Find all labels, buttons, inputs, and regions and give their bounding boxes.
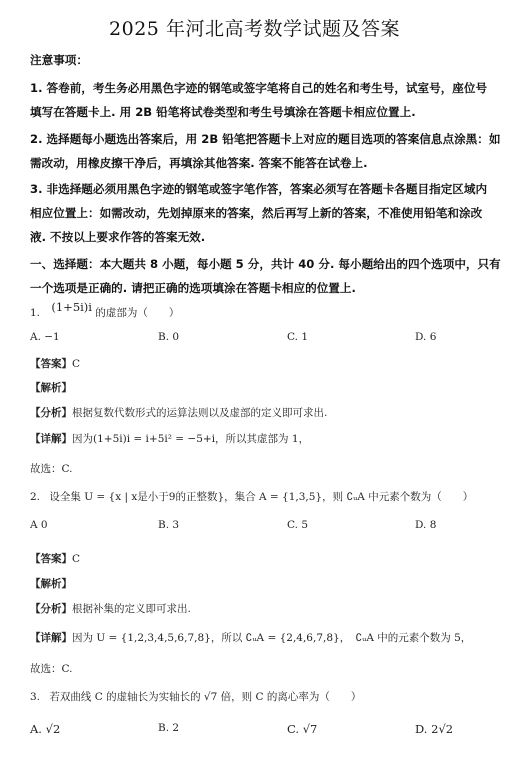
question-2-option-b: B. 3 — [158, 519, 179, 531]
question-3-text: 若双曲线 C 的虚轴长为实轴长的 √7 倍，则 C 的离心率为（ ） — [49, 691, 361, 703]
question-2-fenxi: 【分析】根据补集的定义即可求出. — [30, 601, 191, 616]
question-2-text: 设全集 U = {x | x是小于9的正整数}，集合 A = {1,3,5}，则… — [49, 491, 473, 503]
question-number: 3. — [30, 691, 40, 703]
question-1-option-a: A. −1 — [30, 331, 60, 343]
question-1-option-b: B. 0 — [158, 331, 179, 343]
question-3-option-d: D. 2√2 — [415, 722, 453, 736]
notice-2-line-2: 需改动，用橡皮擦干净后，再填涂其他答案. 答案不能答在试卷上. — [30, 155, 367, 171]
question-1-conclusion: 故选：C. — [30, 461, 73, 476]
fenxi-label: 【分析】 — [30, 407, 72, 419]
question-2-stem: 2. 设全集 U = {x | x是小于9的正整数}，集合 A = {1,3,5… — [30, 489, 473, 504]
answer-label: 【答案】 — [30, 358, 72, 370]
answer-value: C — [72, 358, 80, 370]
notice-heading: 注意事项： — [30, 52, 88, 68]
detail-text: 因为(1+5i)i = i+5i² = −5+i，所以其虚部为 1， — [72, 433, 309, 445]
answer-label: 【答案】 — [30, 553, 72, 565]
answer-value: C — [72, 553, 80, 565]
question-1-stem: 1. (1+5i)i 的虚部为（ ） — [30, 305, 179, 320]
question-3-option-c: C. √7 — [287, 722, 317, 736]
question-2-detail: 【详解】因为 U = {1,2,3,4,5,6,7,8}，所以 ∁ᵤA = {2… — [30, 630, 471, 645]
question-3-option-a: A. √2 — [30, 722, 60, 736]
question-1-option-d: D. 6 — [415, 331, 436, 343]
notice-2-line-1: 2. 选择题每小题选出答案后，用 2B 铅笔把答题卡上对应的题目选项的答案信息点… — [30, 131, 500, 147]
section-heading-line-1: 一、选择题：本大题共 8 小题，每小题 5 分，共计 40 分. 每小题给出的四… — [30, 256, 501, 272]
question-1-expression: (1+5i)i — [51, 300, 92, 314]
question-1-answer: 【答案】C — [30, 356, 80, 371]
detail-label: 【详解】 — [30, 632, 72, 644]
question-1-text: 的虚部为（ ） — [95, 307, 179, 319]
analysis-label: 【解析】 — [30, 578, 72, 590]
question-1-detail: 【详解】因为(1+5i)i = i+5i² = −5+i，所以其虚部为 1， — [30, 431, 309, 446]
notice-3-line-2: 相应位置上：如需改动，先划掉原来的答案，然后再写上新的答案，不准使用铅笔和涂改 — [30, 205, 482, 221]
detail-label: 【详解】 — [30, 433, 72, 445]
question-1-analysis-label: 【解析】 — [30, 380, 72, 395]
question-2-option-a: A 0 — [30, 519, 48, 531]
question-3-stem: 3. 若双曲线 C 的虚轴长为实轴长的 √7 倍，则 C 的离心率为（ ） — [30, 689, 361, 704]
detail-text: 因为 U = {1,2,3,4,5,6,7,8}，所以 ∁ᵤA = {2,4,6… — [72, 632, 471, 644]
notice-1-line-1: 1. 答卷前，考生务必用黑色字迹的钢笔或签字笔将自己的姓名和考生号，试室号，座位… — [30, 80, 487, 96]
question-2-analysis-label: 【解析】 — [30, 576, 72, 591]
notice-3-line-1: 3. 非选择题必须用黑色字迹的钢笔或签字笔作答，答案必须写在答题卡各题目指定区域… — [30, 181, 487, 197]
document-title: 2025 年河北高考数学试题及答案 — [0, 14, 509, 41]
question-2-answer: 【答案】C — [30, 551, 80, 566]
question-2-conclusion: 故选：C. — [30, 661, 73, 676]
question-number: 1. — [30, 307, 40, 319]
fenxi-text: 根据复数代数形式的运算法则以及虚部的定义即可求出. — [72, 407, 327, 419]
question-3-option-b: B. 2 — [158, 722, 179, 734]
question-1-fenxi: 【分析】根据复数代数形式的运算法则以及虚部的定义即可求出. — [30, 405, 327, 420]
question-2-option-d: D. 8 — [415, 519, 436, 531]
analysis-label: 【解析】 — [30, 382, 72, 394]
section-heading-line-2: 一个选项是正确的. 请把正确的选项填涂在答题卡相应的位置上. — [30, 280, 356, 296]
question-1-option-c: C. 1 — [287, 331, 308, 343]
fenxi-label: 【分析】 — [30, 603, 72, 615]
question-number: 2. — [30, 491, 40, 503]
fenxi-text: 根据补集的定义即可求出. — [72, 603, 191, 615]
question-2-option-c: C. 5 — [287, 519, 308, 531]
notice-3-line-3: 液. 不按以上要求作答的答案无效. — [30, 229, 205, 245]
notice-1-line-2: 填写在答题卡上. 用 2B 铅笔将试卷类型和考生号填涂在答题卡相应位置上. — [30, 104, 416, 120]
